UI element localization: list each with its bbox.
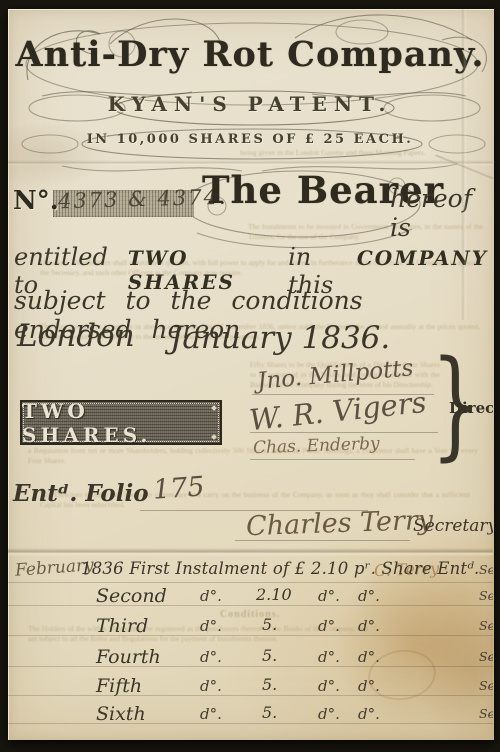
ditto-mark: d°. — [318, 677, 340, 695]
ditto-mark: d°. — [318, 587, 340, 605]
patent-subtitle: KYAN'S PATENT. — [8, 92, 493, 116]
fold-crease — [8, 160, 493, 166]
ditto-mark: d°. — [200, 648, 222, 666]
instalment-first-printed: 1836 First Instalment of £ 2.10 pʳ. Shar… — [81, 559, 479, 578]
instalment-ordinal: Second — [96, 585, 167, 607]
instalment-amount: 2.10 — [256, 585, 292, 604]
instalment-amount: 5. — [262, 646, 277, 665]
instalment-amount: 5. — [262, 675, 277, 694]
certificate-content-area: being given in the London Gazette and th… — [8, 9, 493, 739]
ditto-mark: d°. — [200, 587, 222, 605]
instalment-row: Third d°. 5. d°. d°. Sec — [8, 615, 493, 635]
sec-abbreviation: Sec — [479, 649, 493, 664]
shares-denomination-label: TWO SHARES. — [22, 399, 220, 447]
instalment-ordinal: Fourth — [96, 646, 161, 668]
ditto-mark: d°. — [200, 677, 222, 695]
ditto-mark: d°. — [358, 617, 380, 635]
date: January 1836. — [170, 320, 390, 356]
ditto-mark: d°. — [358, 587, 380, 605]
instalment-row: Sixth d°. 5. d°. d°. Sec — [8, 703, 493, 723]
ditto-mark: d°. — [200, 705, 222, 723]
ditto-mark: d°. — [318, 617, 340, 635]
folio-label: Entᵈ. Folio — [13, 480, 149, 507]
fold-crease — [8, 548, 493, 556]
sec-abbreviation: Sec — [479, 618, 493, 633]
paper-stain — [8, 120, 110, 190]
folio-value: 175 — [152, 471, 206, 506]
capital-line: IN 10,000 SHARES OF £ 25 EACH. — [8, 132, 493, 147]
number-label: N°. — [13, 186, 59, 216]
signature-rule — [250, 458, 415, 460]
sec-abbreviation: Sec — [479, 588, 493, 603]
instalment-row-first: February 1836 First Instalment of £ 2.10… — [8, 556, 493, 580]
instalment-amount: 5. — [262, 615, 277, 634]
secretary-signature: Charles Terry — [246, 505, 434, 543]
instalment-amount: 5. — [262, 703, 277, 722]
entitled-company: COMPANY — [357, 246, 488, 270]
instalment-ordinal: Fifth — [96, 675, 142, 697]
instalment-row: Second d°. 2.10 d°. d°. Sec — [8, 585, 493, 605]
instalment-ordinal: Third — [96, 615, 148, 637]
bleedthrough-text: being given in the London Gazette and th… — [240, 148, 485, 158]
ditto-mark: d°. — [318, 705, 340, 723]
ditto-mark: d°. — [358, 705, 380, 723]
table-rule — [8, 581, 493, 583]
secretary-label: Secretary. — [413, 516, 493, 536]
place: London — [17, 318, 135, 354]
shares-denomination-box: TWO SHARES. — [20, 400, 222, 445]
bearer-rest: hereof is — [390, 184, 493, 242]
ditto-mark: d°. — [200, 617, 222, 635]
ditto-mark: d°. — [318, 648, 340, 666]
photo-background: being given in the London Gazette and th… — [0, 0, 500, 752]
sec-abbreviation: Sec — [479, 562, 493, 577]
instalment-ordinal: Sixth — [96, 703, 146, 725]
company-title: Anti-Dry Rot Company. — [8, 34, 493, 75]
sec-abbreviation: Sec — [479, 678, 493, 693]
directors-label: Directors — [449, 399, 493, 417]
sec-abbreviation: Sec — [479, 706, 493, 721]
